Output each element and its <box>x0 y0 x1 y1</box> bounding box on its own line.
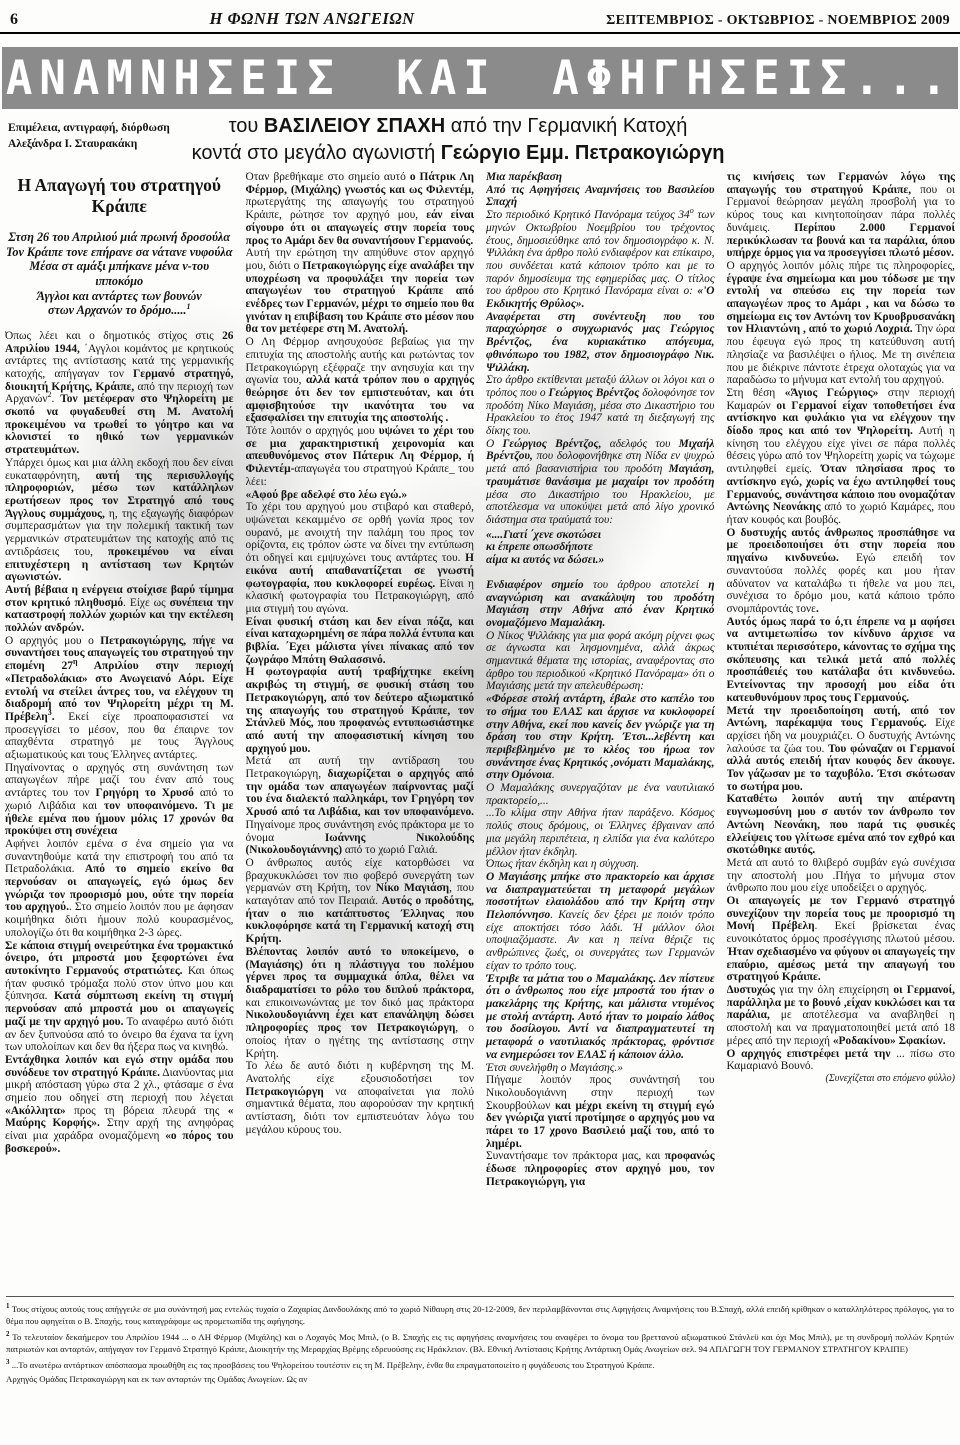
issue-date: ΣΕΠΤΕΜΒΡΙΟΣ - ΟΚΤΩΒΡΙΟΣ - ΝΟΕΜΒΡΙΟΣ 2009 <box>606 13 950 29</box>
paragraph: Μετά απ αυτό το θλιβερό συμβάν εγώ συνέχ… <box>727 857 956 895</box>
verse-line: Στση 26 του Απριλιού μιά πρωινή δροσούλα <box>5 230 234 245</box>
paragraph: Τότε λοιπόν ο αρχηγός μου υψώνει το χέρι… <box>246 425 475 489</box>
verse-line: Μέσα στ αμάξι μπήκανε μένα ν-του ιπποκόμ… <box>5 259 234 288</box>
text-run: Τους στίχους αυτούς τους απήγγειλε σε μι… <box>6 1304 954 1326</box>
paragraph: Ο Νίκος Ψιλλάκης για μια φορά ακόμη ρίχν… <box>486 630 715 694</box>
article-column-2: Όταν βρεθήκαμε στο σημείο αυτό ο Πάτρικ … <box>246 171 475 1299</box>
paragraph: Αναφέρεται στη συνέντευξη που του παραχώ… <box>486 311 715 375</box>
text-run: Τότε λοιπόν ο αρχηγός μου <box>246 425 379 437</box>
text-run: Καταθέτω λοιπόν αυτή την απέραντη ευγνωμ… <box>727 793 956 856</box>
paragraph: Ο Λη Φέρμορ ανησυχούσε βεβαίως για την ε… <box>246 336 475 425</box>
paragraph: Είναι φυσική στάση και δεν είναι πόζα, κ… <box>246 616 475 667</box>
text-run: Αρχηγός Ομάδας Πετρακογιώργη και εκ των … <box>6 1374 307 1384</box>
text-run: τραυμάτισε θανάσιμα με μαχαίρι τον προδό… <box>486 476 715 488</box>
text-run: Μαγιάση, <box>669 463 715 475</box>
text-run: (Συνεχίζεται στο επόμενο φύλλο) <box>826 1073 956 1084</box>
paragraph: ...Το κλίμα στην Αθήνα ήταν παράξενο. Κό… <box>486 807 715 858</box>
paragraph: Το λέω δε αυτό διότι η κυβέρνηση της Μ. … <box>246 1060 475 1136</box>
paragraph: Όταν βρεθήκαμε στο σημείο αυτό ο Πάτρικ … <box>246 171 475 247</box>
paragraph: Καταθέτω λοιπόν αυτή την απέραντη ευγνωμ… <box>727 793 956 857</box>
paragraph: Έτσι συνελήφθη ο Μαγιάσης.» <box>486 1062 715 1075</box>
text-run: Όπως ήταν έκδηλη και η σύγχυση. <box>486 858 639 870</box>
quote-lines: «....Γιατί ΄χενε σκοτώσεικι έπρεπε οπωσδ… <box>486 529 715 567</box>
text-run: ...Το ανωτέρω αντάρτικον απόσπασμα προωθ… <box>10 1360 655 1370</box>
text-run: του <box>229 115 264 137</box>
paragraph: Το χέρι του αρχηγού μου στιβαρό και σταθ… <box>246 501 475 615</box>
text-run: Έτσι συνελήφθη ο Μαγιάσης.» <box>486 1062 623 1074</box>
text-run: αδελφός του <box>601 438 678 450</box>
text-run: . <box>816 603 819 615</box>
paragraph: Στο άρθρο εκτίθενται μεταξύ άλλων οι λόγ… <box>486 374 715 438</box>
paragraph: Αφήνει λοιπόν εμένα σ ένα σημείο για να … <box>5 838 234 940</box>
paragraph: «Αφού βρε αδελφέ στο λέω εγώ.» <box>246 489 475 502</box>
article-column-1: Η Απαγωγή του στρατηγού ΚράιπεΣτση 26 το… <box>5 171 234 1299</box>
paragraph: Πηγαίνοντας ο αρχηγός στη συνάντηση των … <box>5 762 234 838</box>
footnote-trailing: Αρχηγός Ομάδας Πετρακογιώργη και εκ των … <box>6 1374 954 1386</box>
text-run: Γεώργιος Βρέντζος, <box>503 438 602 450</box>
paragraph: Πήγαμε λοιπόν προς συνάντησή του Νικολου… <box>486 1074 715 1150</box>
text-run: . <box>51 393 60 405</box>
paragraph: τις κινήσεις των Γερμανών λόγω της απαγω… <box>727 171 956 260</box>
text-run: Μέσα στ αμάξι μπήκανε μένα ν-του ιπποκόμ… <box>29 259 209 288</box>
text-run: Έτριβε τα μάτια του ο Μαμαλάκης. Δεν πίσ… <box>486 973 715 1061</box>
footnote: 3 ...Το ανωτέρω αντάρτικον απόσπασμα προ… <box>6 1357 954 1372</box>
text-run: Ήταν σχεδιασμένο να φύγουν οι απαγωγείς … <box>727 946 956 983</box>
text-run: Βλέποντας λοιπόν αυτό το υποκείμενο, ο (… <box>246 946 475 996</box>
page-number: 6 <box>10 11 18 29</box>
subtitle-line1: του ΒΑΣΙΛΕΙΟΥ ΣΠΑΧΗ από την Γερμανική Κα… <box>178 113 738 140</box>
footnote: 2 Το τελευταίον δεκαήμερον του Απριλίου … <box>6 1329 954 1355</box>
text-run: Γρηγόρη το Χρυσό <box>95 787 193 799</box>
text-run: Αυτός όμως παρά το ό,τι έπρεπε να μ αφήσ… <box>727 616 956 704</box>
text-run: Ο Νίκος Ψιλλάκης για μια φορά ακόμη ρίχν… <box>486 630 715 693</box>
text-run: από την Γερμανική Κατοχή <box>445 115 687 137</box>
text-run: Ο αρχηγός μου ο <box>5 635 100 647</box>
text-run: «Ροδακίνου» Σφακίων. <box>833 1035 946 1047</box>
text-run: Πετρακογιώργη <box>246 1086 324 1098</box>
article-column-4: τις κινήσεις των Γερμανών λόγω της απαγω… <box>727 171 956 1299</box>
paragraph: «Φόρεσε στολή αντάρτη, έβαλε στο καπέλο … <box>486 693 715 782</box>
paragraph: Εντάχθηκα λοιπόν και εγώ στην ομάδα που … <box>5 1054 234 1156</box>
paragraph: Αυτή βέβαια η ενέργεια στοίχισε βαρύ τίμ… <box>5 584 234 635</box>
paragraph: Βλέποντας λοιπόν αυτό το υποκείμενο, ο (… <box>246 946 475 1060</box>
text-run: από το χωριό Γαλιά. <box>342 844 438 856</box>
section-title: ΑΝΑΜΝΗΣΕΙΣ ΚΑΙ ΑΦΗΓΗΣΕΙΣ... <box>6 50 954 105</box>
text-run: Δυστυχώς <box>727 984 775 996</box>
text-run: «Φόρεσε στολή αντάρτη, έβαλε στο καπέλο … <box>486 693 715 781</box>
text-run: κι έπρεπε οπωσδήποτε <box>486 541 593 553</box>
poem: Στση 26 του Απριλιού μιά πρωινή δροσούλα… <box>5 230 234 318</box>
paragraph: Ο Μαγιάσης μπήκε στο πρακτορείο και άρχι… <box>486 871 715 973</box>
text-run: ...Το κλίμα στην Αθήνα ήταν παράξενο. Κό… <box>486 807 715 857</box>
text-run: Ο Μαμαλάκης συνεργαζόταν με ένα ναυτιλια… <box>486 782 715 807</box>
text-run: ) <box>905 1344 908 1354</box>
text-run: Ο <box>486 438 503 450</box>
text-run: «....Γιατί ΄χενε σκοτώσει <box>486 529 601 541</box>
text-run: Άγγλοι και αντάρτες των βουνών <box>37 289 202 303</box>
text-run: Ενδιαφέρον σημείο <box>486 579 584 591</box>
verse-line: Άγγλοι και αντάρτες των βουνών <box>5 289 234 304</box>
text-run: για την όλη επιχείρηση <box>775 984 893 996</box>
credits-line1: Επιμέλεια, αντιγραφή, διόρθωση <box>8 121 170 137</box>
text-run: Στο περιοδικό Κρητικό Πανόραμα τεύχος 34 <box>486 209 690 221</box>
paragraph: Μετά την προειδοποίηση αυτή, από τον Αντ… <box>727 705 956 794</box>
text-run: Ο αρχηγός λοιπόν μόλις πήρε τις πληροφορ… <box>727 260 956 272</box>
text-run: Το τελευταίον δεκαήμερον του Απριλίου 19… <box>6 1332 954 1354</box>
paragraph: Ενδιαφέρον σημείο του άρθρου αποτελεί η … <box>486 579 715 630</box>
text-run: Γεώργιος Βρέντζος <box>549 387 640 399</box>
text-run: Είναι φυσική στάση και δεν είναι πόζα, κ… <box>246 616 475 666</box>
byline-row: Επιμέλεια, αντιγραφή, διόρθωση Αλεξάνδρα… <box>0 113 960 165</box>
text-run: Το λέω δε αυτό διότι η κυβέρνηση της Μ. … <box>246 1060 475 1085</box>
text-run: και επικοινωνώντας με τον δικό μας πράκτ… <box>246 997 475 1009</box>
editor-credits: Επιμέλεια, αντιγραφή, διόρθωση Αλεξάνδρα… <box>8 121 170 152</box>
footnote: 1 Τους στίχους αυτούς τους απήγγειλε σε … <box>6 1301 954 1327</box>
text-run: κοντά στο μεγάλο αγωνιστή <box>192 142 441 164</box>
paragraph: Ο αρχηγός επιστρέφει μετά την ... πίσω σ… <box>727 1048 956 1073</box>
text-run: προς τη βόρεια πλευρά της <box>66 1105 228 1117</box>
text-run: Μετά την προειδοποίηση αυτή, από τον Αντ… <box>727 705 956 730</box>
text-run: Στση 26 του Απριλιού μιά πρωινή δροσούλα <box>8 230 230 244</box>
paragraph: Όπως λέει και ο δημοτικός στίχος στις 26… <box>5 330 234 457</box>
text-run: Τον Κράιπε τονε επήρανε σα νάτανε νυφούλ… <box>6 245 232 259</box>
text-run: Αναφέρεται στη συνέντευξη που του παραχώ… <box>486 311 715 374</box>
column-heading: Η Απαγωγή του στρατηγού Κράιπε <box>5 175 234 216</box>
paragraph: Ο δυστυχής αυτός άνθρωπος προσπάθησε να … <box>727 527 956 616</box>
text-run: ΒΑΣΙΛΕΙΟΥ ΣΠΑΧΗ <box>264 115 445 137</box>
paragraph: Μια παρέκβαση <box>486 171 715 184</box>
text-run: των μηνών Οκτωβρίου Νοεμβρίου του τρέχον… <box>486 209 715 297</box>
paragraph: Αυτός όμως παρά το ό,τι έπρεπε να μ αφήσ… <box>727 616 956 705</box>
text-run: Στη θέση <box>727 387 785 399</box>
text-run: του άρθρου αποτελεί <box>584 579 709 591</box>
text-run: . Είχε ως <box>123 597 170 609</box>
newspaper-page: 6 Η ΦΩΝΗ ΤΩΝ ΑΝΩΓΕΙΩΝ ΣΕΠΤΕΜΒΡΙΟΣ - ΟΚΤΩ… <box>0 0 960 1445</box>
page-header: 6 Η ΦΩΝΗ ΤΩΝ ΑΝΩΓΕΙΩΝ ΣΕΠΤΕΜΒΡΙΟΣ - ΟΚΤΩ… <box>0 0 960 34</box>
text-run: Νίκο Μαγιάση <box>376 882 449 894</box>
text-run: Η φωτογραφία αυτή τραβήχτηκε εκείνη ακρι… <box>246 666 475 754</box>
text-run: Από τις Αφηγήσεις Αναμνήσεις του Βασιλεί… <box>486 184 715 209</box>
paragraph: Δυστυχώς για την όλη επιχείρηση οι Γερμα… <box>727 984 956 1048</box>
paragraph: Ο άνθρωπος αυτός είχε κατορθώσει να βραχ… <box>246 857 475 946</box>
article-column-3: Μια παρέκβασηΑπό τις Αφηγήσεις Αναμνήσει… <box>486 171 715 1299</box>
paragraph: Ο Γεώργιος Βρέντζος, αδελφός του Μιχαήλ … <box>486 438 715 527</box>
paragraph: Από τις Αφηγήσεις Αναμνήσεις του Βασιλεί… <box>486 184 715 209</box>
verse-line: κι έπρεπε οπωσδήποτε <box>486 541 715 554</box>
paragraph: Συναντήσαμε τον πράκτορα μας, και προφαν… <box>486 1150 715 1188</box>
paragraph: Στη θέση «Άγιος Γεώργιος» στην περιοχή Κ… <box>727 387 956 527</box>
paragraph: Οι απαγωγείς με τον Γερμανό στρατηγό συν… <box>727 895 956 984</box>
text-run: Μια παρέκβαση <box>486 171 562 183</box>
paragraph: Ο αρχηγός μου ο Πετρακογιώργης, πήγε να … <box>5 635 234 762</box>
paragraph: Ο Μαμαλάκης συνεργαζόταν με ένα ναυτιλια… <box>486 782 715 807</box>
text-run: αίμα κι αυτός να δώσει.» <box>486 554 604 566</box>
text-run: μέσα στο Δικαστήριο του Ηρακλείου, με απ… <box>486 489 715 526</box>
newspaper-title: Η ΦΩΝΗ ΤΩΝ ΑΝΩΓΕΙΩΝ <box>210 9 415 29</box>
verse-line: αίμα κι αυτός να δώσει.» <box>486 554 715 567</box>
text-run: 1 <box>186 302 190 311</box>
paragraph: Ο αρχηγός λοιπόν μόλις πήρε τις πληροφορ… <box>727 260 956 387</box>
paragraph: Στο περιοδικό Κρητικό Πανόραμα τεύχος 34… <box>486 209 715 311</box>
verse-line: Τον Κράιπε τονε επήρανε σα νάτανε νυφούλ… <box>5 245 234 260</box>
text-run: «Ακόλλητα» <box>5 1105 66 1117</box>
verse-line: «....Γιατί ΄χενε σκοτώσει <box>486 529 715 542</box>
paragraph: Μετά απ αυτή την αντίδραση του Πετρακογι… <box>246 755 475 857</box>
text-run: Συναντήσαμε τον πράκτορα μας, και <box>486 1150 665 1162</box>
paragraph: Η φωτογραφία αυτή τραβήχτηκε εκείνη ακρι… <box>246 666 475 755</box>
section-banner: ΑΝΑΜΝΗΣΕΙΣ ΚΑΙ ΑΦΗΓΗΣΕΙΣ... <box>2 47 958 109</box>
paragraph: Αυτή την ερώτηση την απηύθυνε στον αρχηγ… <box>246 247 475 336</box>
verse-line: στων Αρχανών το δρόμο.....1 <box>5 303 234 318</box>
subtitle-line2: κοντά στο μεγάλο αγωνιστή Γεώργιο Εμμ. Π… <box>178 140 738 167</box>
text-run: στων Αρχανών το δρόμο..... <box>48 303 186 317</box>
text-run: Γεώργιο Εμμ. Πετρακογιώργη <box>441 142 725 164</box>
paragraph: Σε κάποια στιγμή ονειρεύτηκα ένα τρομακτ… <box>5 940 234 1054</box>
footnotes: 1 Τους στίχους αυτούς τους απήγγειλε σε … <box>6 1296 954 1387</box>
text-run: Ο αρχηγός επιστρέφει μετά την <box>727 1048 897 1060</box>
text-run: Όπως λέει και ο δημοτικός στίχος στις <box>5 330 222 342</box>
paragraph: (Συνεχίζεται στο επόμενο φύλλο) <box>727 1073 956 1086</box>
text-run: Μετά απ αυτό το θλιβερό συμβάν εγώ συνέχ… <box>727 857 956 894</box>
text-run: Νικολουδογιάννη έχει κατ επανάληψη δώσει… <box>246 1009 475 1034</box>
paragraph: Υπάρχει όμως και μια άλλη εκδοχή που δεν… <box>5 457 234 584</box>
credits-line2: Αλεξάνδρα Ι. Σταυρακάκη <box>8 137 170 153</box>
text-run: Το χέρι του αρχηγού μου στιβαρό και σταθ… <box>246 501 475 564</box>
paragraph: Όπως ήταν έκδηλη και η σύγχυση. <box>486 858 715 871</box>
text-run: «Άγιος Γεώργιος» <box>785 387 879 399</box>
paragraph: Έτριβε τα μάτια του ο Μαμαλάκης. Δεν πίσ… <box>486 973 715 1062</box>
text-run: . <box>552 769 555 781</box>
text-run: «Αφού βρε αδελφέ στο λέω εγώ.» <box>246 489 408 501</box>
article-subtitle: του ΒΑΣΙΛΕΙΟΥ ΣΠΑΧΗ από την Γερμανική Κα… <box>178 113 738 167</box>
text-run: Όταν βρεθήκαμε στο σημείο αυτό <box>246 171 410 183</box>
article-body: Η Απαγωγή του στρατηγού ΚράιπεΣτση 26 το… <box>0 165 960 1299</box>
